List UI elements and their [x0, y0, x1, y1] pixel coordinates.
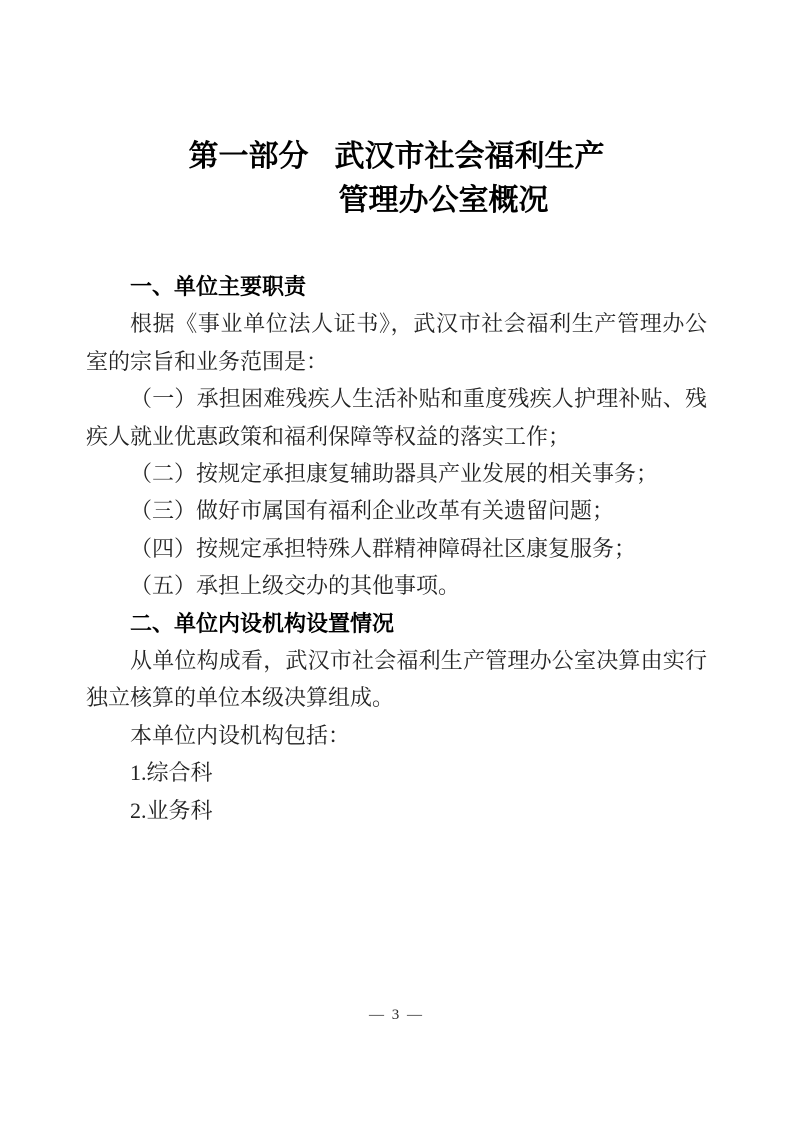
document-title-line2: 管理办公室概况 — [47, 179, 793, 223]
document-page: 第一部分武汉市社会福利生产 管理办公室概况 一、单位主要职责 根据《事业单位法人… — [0, 0, 793, 1123]
document-body: 一、单位主要职责 根据《事业单位法人证书》，武汉市社会福利生产管理办公室的宗旨和… — [86, 268, 707, 829]
section-heading-internal-structure: 二、单位内设机构设置情况 — [86, 605, 707, 642]
page-number: — 3 — — [0, 1005, 793, 1025]
paragraph-duty-1: （一）承担困难残疾人生活补贴和重度残疾人护理补贴、残疾人就业优惠政策和福利保障等… — [86, 380, 707, 455]
section-heading-main-duties: 一、单位主要职责 — [86, 268, 707, 305]
title-part-label: 第一部分 — [189, 140, 309, 173]
document-title-line1: 第一部分武汉市社会福利生产 — [0, 135, 793, 179]
paragraph-duty-3: （三）做好市属国有福利企业改革有关遗留问题； — [86, 492, 707, 529]
paragraph-dept-2: 2.业务科 — [86, 792, 707, 829]
paragraph-structure-intro: 从单位构成看，武汉市社会福利生产管理办公室决算由实行独立核算的单位本级决算组成。 — [86, 642, 707, 717]
paragraph-duty-5: （五）承担上级交办的其他事项。 — [86, 567, 707, 604]
title-unit-name: 武汉市社会福利生产 — [335, 140, 605, 173]
paragraph-duty-4: （四）按规定承担特殊人群精神障碍社区康复服务； — [86, 530, 707, 567]
paragraph-duties-intro: 根据《事业单位法人证书》，武汉市社会福利生产管理办公室的宗旨和业务范围是： — [86, 305, 707, 380]
document-title: 第一部分武汉市社会福利生产 管理办公室概况 — [0, 135, 793, 223]
paragraph-structure-list-intro: 本单位内设机构包括： — [86, 717, 707, 754]
paragraph-dept-1: 1.综合科 — [86, 754, 707, 791]
paragraph-duty-2: （二）按规定承担康复辅助器具产业发展的相关事务； — [86, 455, 707, 492]
